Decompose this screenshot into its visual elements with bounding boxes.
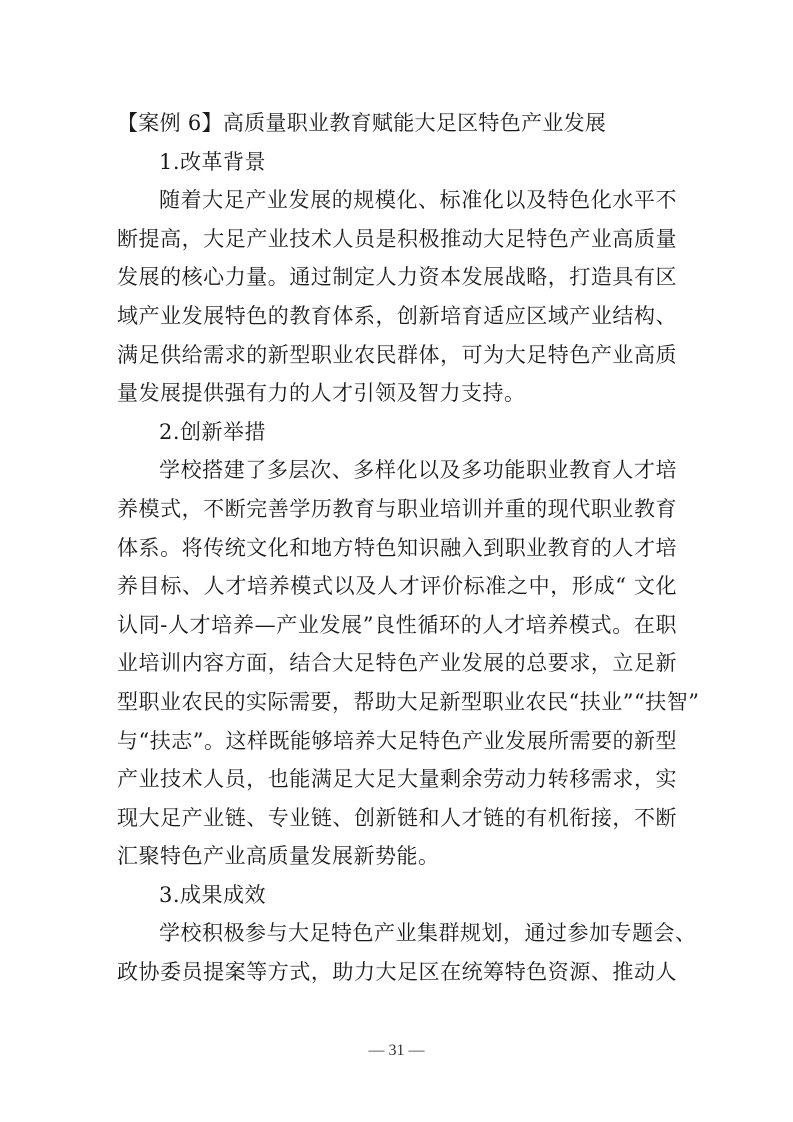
document-page: 【案例 6】高质量职业教育赋能大足区特色产业发展 1.改革背景 随着大足产业发展… [117, 104, 677, 992]
paragraph-line: 量发展提供强有力的人才引领及智力支持。 [117, 374, 677, 413]
paragraph-line: 认同-人才培养—产业发展”良性循环的人才培养模式。在职 [117, 606, 677, 645]
paragraph-line: 养目标、人才培养模式以及人才评价标准之中，形成“ 文化 [117, 567, 677, 606]
paragraph-line: 发展的核心力量。通过制定人力资本发展战略，打造具有区 [117, 258, 677, 297]
paragraph-line: 型职业农民的实际需要，帮助大足新型职业农民“扶业”“扶智” [117, 683, 677, 722]
case-title: 【案例 6】高质量职业教育赋能大足区特色产业发展 [117, 104, 677, 143]
paragraph-line: 体系。将传统文化和地方特色知识融入到职业教育的人才培 [117, 529, 677, 568]
section-heading-background: 1.改革背景 [117, 143, 677, 182]
paragraph-line: 满足供给需求的新型职业农民群体，可为大足特色产业高质 [117, 336, 677, 375]
paragraph-line: 汇聚特色产业高质量发展新势能。 [117, 837, 677, 876]
section-heading-results: 3.成果成效 [117, 876, 677, 915]
section-heading-measures: 2.创新举措 [117, 413, 677, 452]
paragraph-line: 学校搭建了多层次、多样化以及多功能职业教育人才培 [117, 451, 677, 490]
paragraph-line: 与“扶志”。这样既能够培养大足特色产业发展所需要的新型 [117, 722, 677, 761]
paragraph-line: 产业技术人员，也能满足大足大量剩余劳动力转移需求，实 [117, 760, 677, 799]
paragraph-line: 学校积极参与大足特色产业集群规划，通过参加专题会、 [117, 914, 677, 953]
paragraph-line: 随着大足产业发展的规模化、标准化以及特色化水平不 [117, 181, 677, 220]
paragraph-line: 养模式，不断完善学历教育与职业培训并重的现代职业教育 [117, 490, 677, 529]
paragraph-line: 域产业发展特色的教育体系，创新培育适应区域产业结构、 [117, 297, 677, 336]
paragraph-line: 政协委员提案等方式，助力大足区在统筹特色资源、推动人 [117, 953, 677, 992]
paragraph-line: 断提高，大足产业技术人员是积极推动大足特色产业高质量 [117, 220, 677, 259]
paragraph-line: 现大足产业链、专业链、创新链和人才链的有机衔接，不断 [117, 799, 677, 838]
paragraph-line: 业培训内容方面，结合大足特色产业发展的总要求，立足新 [117, 644, 677, 683]
page-number: — 31 — [0, 1042, 793, 1060]
